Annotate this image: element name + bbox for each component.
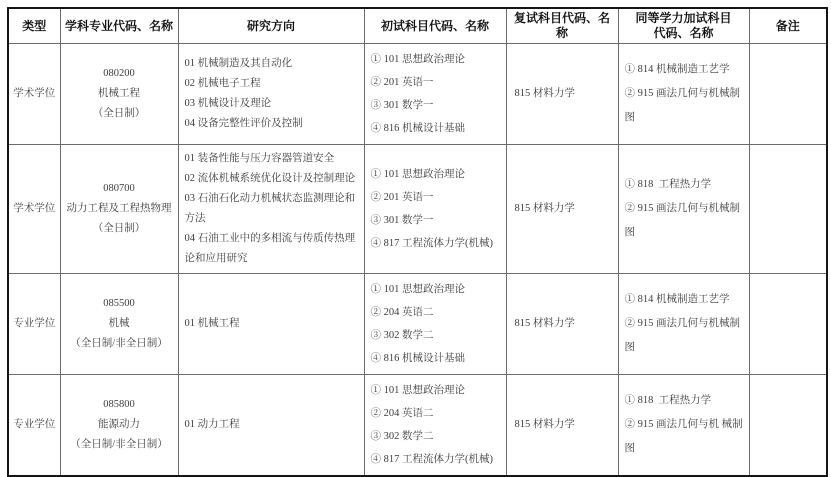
initial-subject-item: ② 201 英语一 xyxy=(371,186,504,209)
retest-subject-cell: 815 材料力学 xyxy=(506,274,618,375)
major-cell: 080200 机械工程 （全日制） xyxy=(60,44,178,145)
initial-subjects-cell: ① 101 思想政治理论 ② 204 英语二 ③ 302 数学二 ④ 816 机… xyxy=(364,274,506,375)
retest-subject-cell: 815 材料力学 xyxy=(506,375,618,444)
header-retest-subjects: 复试科目代码、名称 xyxy=(506,8,618,44)
degree-type-cell: 学术学位 xyxy=(8,44,60,145)
directions-cell: 01 机械制造及其自动化 02 机械电子工程 03 机械设计及理论 04 设备完… xyxy=(178,44,364,145)
major-code: 080200 xyxy=(65,64,174,84)
additional-subject-item: ① 818 工程热力学 xyxy=(625,173,746,197)
additional-subject-item: ② 915 画法几何与机械制图 xyxy=(625,197,746,245)
initial-subject-item: ③ 301 数学一 xyxy=(371,209,504,232)
header-type: 类型 xyxy=(8,8,60,44)
retest-subject-cell: 815 材料力学 xyxy=(506,145,618,274)
header-additional-subjects: 同等学力加试科目 代码、名称 xyxy=(618,8,749,44)
additional-subject-item: ① 814 机械制造工艺学 xyxy=(625,288,746,312)
direction-item: 01 装备性能与压力容器管道安全 xyxy=(185,149,362,169)
initial-subject-item: ① 101 思想政治理论 xyxy=(371,278,504,301)
remark-cell xyxy=(749,375,827,444)
admissions-table: 类型 学科专业代码、名称 研究方向 初试科目代码、名称 复试科目代码、名称 同等… xyxy=(7,7,828,443)
retest-subject-cell: 815 材料力学 xyxy=(506,44,618,145)
direction-item: 01 机械工程 xyxy=(185,314,362,334)
remark-cell xyxy=(749,145,827,274)
header-additional-line2: 代码、名称 xyxy=(621,26,747,41)
additional-subjects-cell: ① 818 工程热力学 ② 915 画法几何与机械制图 xyxy=(618,145,749,274)
study-mode: （全日制/非全日制） xyxy=(65,334,174,354)
initial-subject-item: ③ 301 数学一 xyxy=(371,94,504,117)
table-row: 学术学位 080200 机械工程 （全日制） 01 机械制造及其自动化 02 机… xyxy=(8,44,827,145)
initial-subject-item: ① 101 思想政治理论 xyxy=(371,48,504,71)
direction-item: 03 石油石化动力机械状态监测理论和方法 xyxy=(185,189,362,229)
major-name: 机械工程 xyxy=(65,84,174,104)
direction-item: 02 机械电子工程 xyxy=(185,74,362,94)
additional-subject-item: ① 814 机械制造工艺学 xyxy=(625,58,746,82)
header-row: 类型 学科专业代码、名称 研究方向 初试科目代码、名称 复试科目代码、名称 同等… xyxy=(8,8,827,44)
study-mode: （全日制） xyxy=(65,219,174,239)
header-additional-line1: 同等学力加试科目 xyxy=(621,11,747,26)
initial-subject-item: ② 204 英语二 xyxy=(371,301,504,324)
additional-subject-item: ② 915 画法几何与机械制图 xyxy=(625,82,746,130)
initial-subjects-cell: ① 101 思想政治理论 ② 204 英语二 ③ 302 数学二 ④ 817 工… xyxy=(364,375,506,444)
major-code: 085500 xyxy=(65,294,174,314)
degree-type-cell: 学术学位 xyxy=(8,145,60,274)
additional-subject-item: ② 915 画法几何与机 械制图 xyxy=(625,413,746,443)
table-row: 学术学位 080700 动力工程及工程热物理 （全日制） 01 装备性能与压力容… xyxy=(8,145,827,274)
header-remark: 备注 xyxy=(749,8,827,44)
initial-subject-item: ③ 302 数学二 xyxy=(371,324,504,347)
admissions-table-sheet: 类型 学科专业代码、名称 研究方向 初试科目代码、名称 复试科目代码、名称 同等… xyxy=(7,7,828,443)
study-mode: （全日制/非全日制） xyxy=(65,435,174,443)
remark-cell xyxy=(749,274,827,375)
remark-cell xyxy=(749,44,827,145)
table-row: 专业学位 085500 机械 （全日制/非全日制） 01 机械工程 ① 101 … xyxy=(8,274,827,375)
major-cell: 085500 机械 （全日制/非全日制） xyxy=(60,274,178,375)
major-code: 085800 xyxy=(65,395,174,415)
header-major: 学科专业代码、名称 xyxy=(60,8,178,44)
initial-subject-item: ② 204 英语二 xyxy=(371,402,504,425)
major-cell: 085800 能源动力 （全日制/非全日制） xyxy=(60,375,178,444)
initial-subject-item: ④ 816 机械设计基础 xyxy=(371,117,504,140)
initial-subject-item: ① 101 思想政治理论 xyxy=(371,379,504,402)
direction-item: 04 石油工业中的多相流与传质传热理论和应用研究 xyxy=(185,229,362,269)
direction-item: 04 设备完整性评价及控制 xyxy=(185,114,362,134)
direction-item: 01 机械制造及其自动化 xyxy=(185,54,362,74)
major-name: 机械 xyxy=(65,314,174,334)
additional-subject-item: ② 915 画法几何与机械制图 xyxy=(625,312,746,360)
initial-subject-item: ④ 817 工程流体力学(机械) xyxy=(371,232,504,255)
major-cell: 080700 动力工程及工程热物理 （全日制） xyxy=(60,145,178,274)
additional-subjects-cell: ① 814 机械制造工艺学 ② 915 画法几何与机械制图 xyxy=(618,274,749,375)
initial-subjects-cell: ① 101 思想政治理论 ② 201 英语一 ③ 301 数学一 ④ 817 工… xyxy=(364,145,506,274)
initial-subject-item: ③ 302 数学二 xyxy=(371,425,504,443)
major-name: 动力工程及工程热物理 xyxy=(65,199,174,219)
major-code: 080700 xyxy=(65,179,174,199)
degree-type-cell: 专业学位 xyxy=(8,274,60,375)
header-direction: 研究方向 xyxy=(178,8,364,44)
degree-type-cell: 专业学位 xyxy=(8,375,60,444)
additional-subjects-cell: ① 818 工程热力学 ② 915 画法几何与机 械制图 xyxy=(618,375,749,444)
additional-subjects-cell: ① 814 机械制造工艺学 ② 915 画法几何与机械制图 xyxy=(618,44,749,145)
direction-item: 02 流体机械系统优化设计及控制理论 xyxy=(185,169,362,189)
initial-subject-item: ① 101 思想政治理论 xyxy=(371,163,504,186)
additional-subject-item: ① 818 工程热力学 xyxy=(625,389,746,413)
header-initial-subjects: 初试科目代码、名称 xyxy=(364,8,506,44)
direction-item: 01 动力工程 xyxy=(185,415,362,435)
directions-cell: 01 动力工程 xyxy=(178,375,364,444)
initial-subject-item: ④ 816 机械设计基础 xyxy=(371,347,504,370)
directions-cell: 01 机械工程 xyxy=(178,274,364,375)
study-mode: （全日制） xyxy=(65,104,174,124)
major-name: 能源动力 xyxy=(65,415,174,435)
direction-item: 03 机械设计及理论 xyxy=(185,94,362,114)
initial-subjects-cell: ① 101 思想政治理论 ② 201 英语一 ③ 301 数学一 ④ 816 机… xyxy=(364,44,506,145)
directions-cell: 01 装备性能与压力容器管道安全 02 流体机械系统优化设计及控制理论 03 石… xyxy=(178,145,364,274)
table-row: 专业学位 085800 能源动力 （全日制/非全日制） 01 动力工程 ① 10… xyxy=(8,375,827,444)
initial-subject-item: ② 201 英语一 xyxy=(371,71,504,94)
